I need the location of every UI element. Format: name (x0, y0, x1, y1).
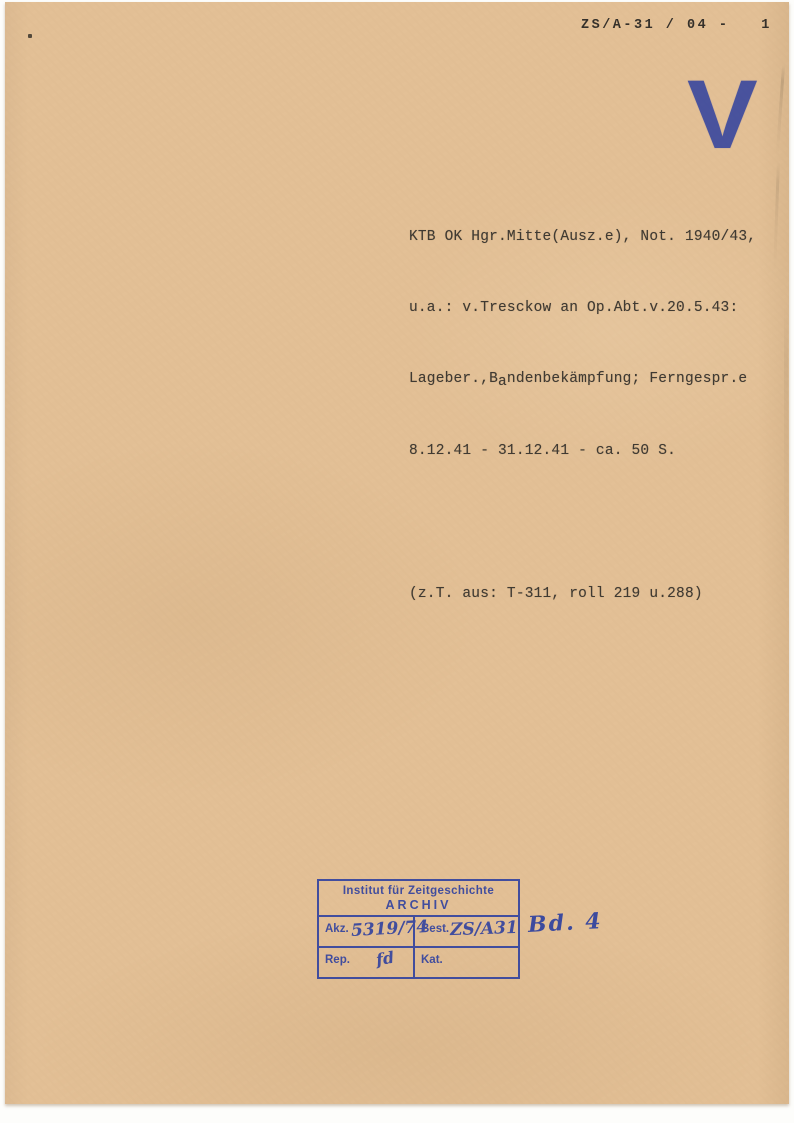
archive-reference-number: ZS/A-31 / 04 - 1 (581, 18, 772, 33)
blank-line (409, 511, 756, 535)
edge-crease (784, 302, 788, 602)
best-handwritten-value: ZS/A31 (450, 918, 518, 940)
typewritten-line: KTB OK Hgr.Mitte(Ausz.e), Not. 1940/43, (409, 226, 756, 250)
ink-speck (28, 34, 32, 38)
typewritten-line: (z.T. aus: T-311, roll 219 u.288) (409, 583, 756, 607)
edge-smudge (773, 162, 780, 272)
volume-v-stamp: V (687, 66, 758, 164)
best-field: Best. ZS/A31 (415, 917, 522, 946)
paper-sheet: ZS/A-31 / 04 - 1 V KTB OK Hgr.Mitte(Ausz… (5, 2, 789, 1104)
typewritten-description: KTB OK Hgr.Mitte(Ausz.e), Not. 1940/43, … (409, 178, 756, 654)
kat-label: Kat. (421, 954, 443, 966)
rep-field: Rep. fd (319, 948, 415, 977)
subscript-character: a (498, 374, 507, 390)
edge-smudge (776, 64, 785, 154)
volume-handwritten-note: Bd. 4 (527, 908, 603, 938)
typewritten-line: 8.12.41 - 31.12.41 - ca. 50 S. (409, 440, 756, 464)
rep-handwritten-value: fd (375, 948, 396, 970)
archive-stamp: Institut für Zeitgeschichte ARCHIV Akz. … (317, 879, 520, 979)
institute-name: Institut für Zeitgeschichte (321, 885, 516, 897)
archive-stamp-header: Institut für Zeitgeschichte ARCHIV (319, 881, 518, 917)
stamp-row-rep-kat: Rep. fd Kat. (319, 946, 518, 977)
akz-label: Akz. (325, 923, 349, 935)
kat-field: Kat. (415, 948, 518, 977)
archiv-label: ARCHIV (321, 898, 516, 912)
akz-handwritten-value: 5319/74 (350, 917, 428, 941)
scanned-document: ZS/A-31 / 04 - 1 V KTB OK Hgr.Mitte(Ausz… (0, 0, 794, 1123)
akz-field: Akz. 5319/74 (319, 917, 415, 946)
typewritten-line: u.a.: v.Tresckow an Op.Abt.v.20.5.43: (409, 297, 756, 321)
stamp-row-akz-best: Akz. 5319/74 Best. ZS/A31 (319, 917, 518, 946)
typewritten-line: Lageber.,Bandenbekämpfung; Ferngespr.e (409, 368, 756, 392)
rep-label: Rep. (325, 954, 350, 966)
